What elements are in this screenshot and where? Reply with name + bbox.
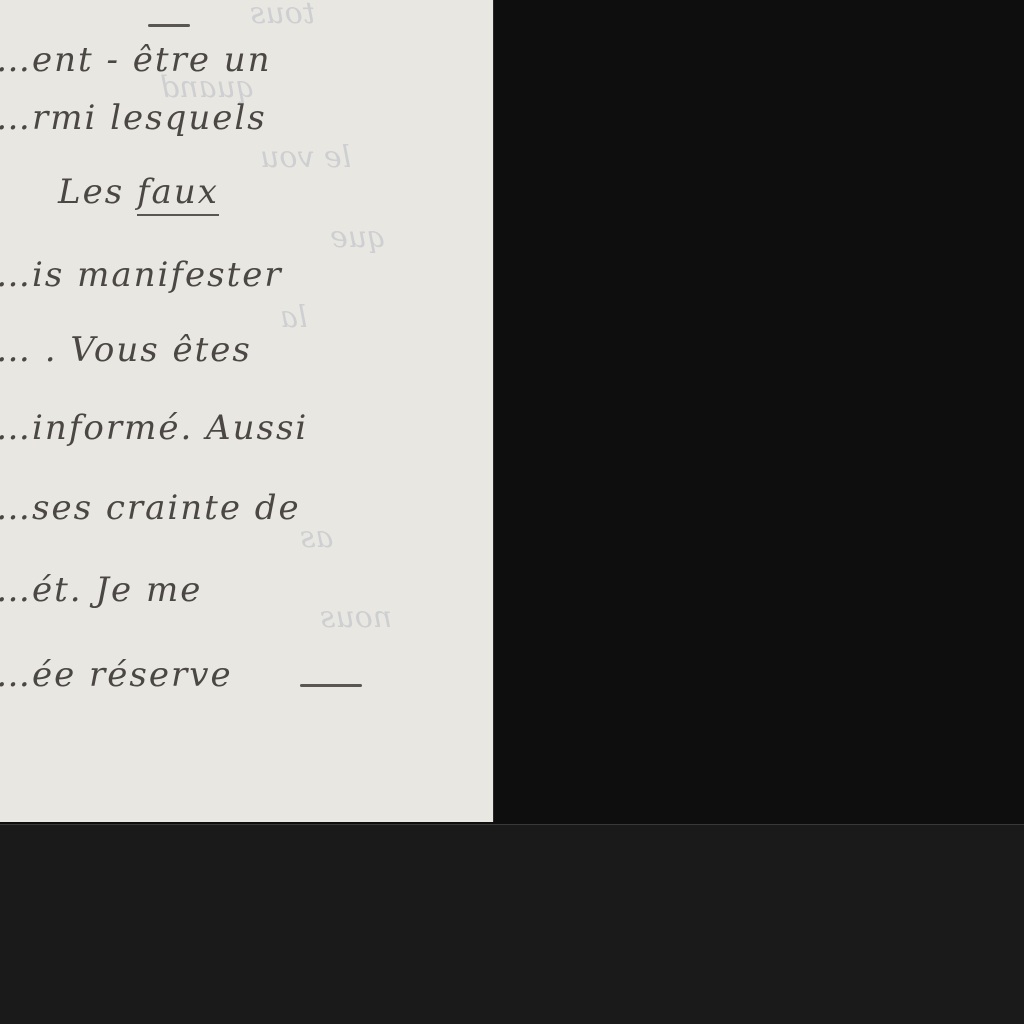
ink-stroke (148, 24, 190, 27)
ink-stroke (300, 684, 362, 687)
handwritten-line: …ée réserve (0, 655, 233, 695)
bleed-through-text: tous (250, 0, 315, 31)
handwritten-line: … . Vous êtes (0, 330, 252, 370)
bleed-through-text: la (280, 300, 307, 335)
handwritten-line: …is manifester (0, 255, 283, 295)
dark-backdrop-lower (0, 824, 1024, 1024)
handwritten-word: Les (58, 172, 137, 212)
handwritten-line: …ent - être un (0, 40, 272, 80)
bleed-through-text: que (330, 220, 386, 255)
handwritten-line: …informé. Aussi (0, 408, 308, 448)
handwritten-line: Les faux (58, 172, 219, 212)
bleed-through-text: le vou (260, 140, 351, 175)
handwritten-line: …ét. Je me (0, 570, 202, 610)
bleed-through-text: as (300, 520, 333, 555)
handwritten-line: …rmi lesquels (0, 98, 267, 138)
underlined-word: faux (137, 172, 219, 216)
handwritten-line: …ses crainte de (0, 488, 301, 528)
letter-page: tous quand le vou que la as nous …ent - … (0, 0, 493, 822)
bleed-through-text: nous (320, 600, 392, 635)
